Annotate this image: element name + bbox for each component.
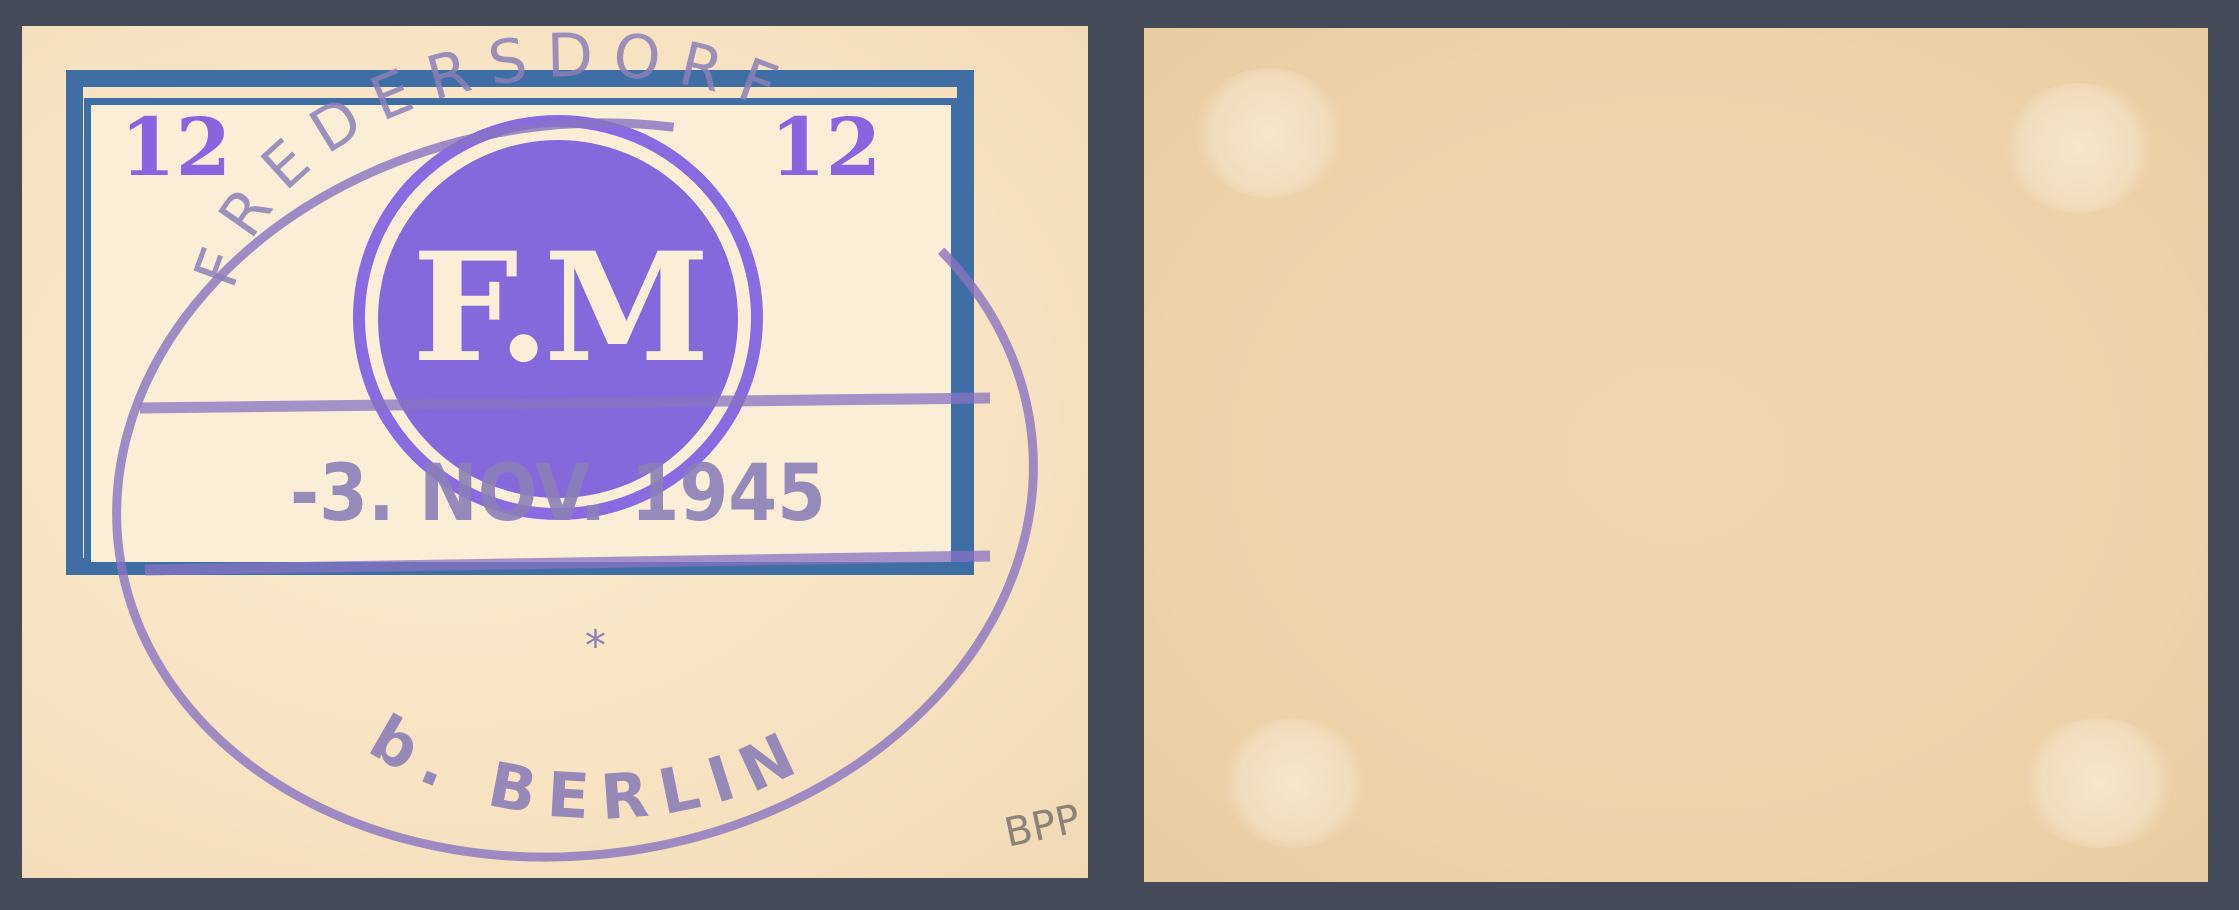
postmark-star: * xyxy=(585,621,606,670)
svg-text:b. BERLIN: b. BERLIN xyxy=(358,700,818,834)
postmark-bar-bottom xyxy=(145,556,990,570)
svg-text:FREDERSDORF: FREDERSDORF xyxy=(181,20,803,296)
hinge-remnant xyxy=(1194,68,1344,198)
postmark-town-bottom: b. BERLIN xyxy=(358,700,818,834)
postmark-bar-top xyxy=(140,398,990,408)
postmark-date: -3. NOV. 1945 xyxy=(290,449,826,539)
stamp-back xyxy=(1144,28,2208,882)
hinge-remnant xyxy=(2024,718,2174,848)
expert-signature: BPP xyxy=(1001,796,1085,857)
hinge-remnant xyxy=(2004,83,2154,213)
hinge-remnant xyxy=(1224,718,1364,848)
postmark-town-top: FREDERSDORF xyxy=(181,20,803,296)
